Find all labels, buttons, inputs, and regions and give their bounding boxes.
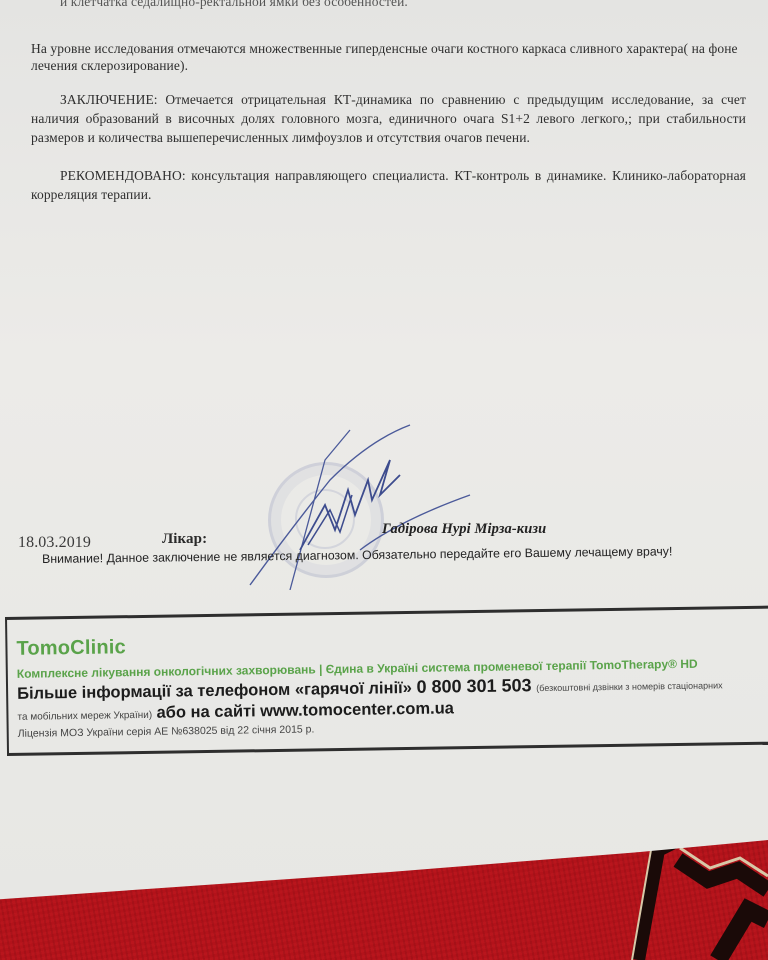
carpet-pattern	[618, 840, 768, 960]
recommendation-label: РЕКОМЕНДОВАНО:	[60, 168, 186, 183]
website-line: та мобільних мереж України) або на сайті…	[17, 699, 454, 724]
conclusion-paragraph: ЗАКЛЮЧЕНИЕ: Отмечается отрицательная КТ-…	[31, 90, 746, 147]
recommendation-paragraph: РЕКОМЕНДОВАНО: консультация направляющег…	[31, 166, 746, 204]
license-info: Ліцензія МОЗ України серія АЕ №638025 ві…	[18, 723, 315, 739]
doctor-name: Гадірова Нурі Мірза-кизи	[382, 521, 546, 538]
website-note: та мобільних мереж України)	[17, 710, 152, 723]
document-date: 18.03.2019	[18, 534, 91, 552]
hotline-note: (безкоштовні дзвінки з номерів стаціонар…	[536, 680, 723, 693]
website-prefix: або на сайті	[156, 702, 255, 721]
conclusion-label: ЗАКЛЮЧЕНИЕ:	[60, 92, 158, 107]
paragraph-bone-findings: На уровне исследования отмечаются множес…	[31, 40, 751, 74]
website-url: www.tomocenter.com.ua	[260, 699, 454, 720]
clinic-brand: TomoClinic	[16, 636, 126, 661]
hotline-phone: 0 800 301 503	[416, 675, 531, 697]
hotline-prefix: Більше інформації за телефоном «гарячої …	[17, 679, 412, 703]
doctor-label: Лікар:	[162, 531, 207, 548]
clinic-footer: TomoClinic Комплексне лікування онкологі…	[5, 605, 768, 756]
signature-icon	[230, 420, 490, 590]
cut-off-line: и клетчатка седалищно-ректальной ямки бе…	[60, 0, 408, 10]
